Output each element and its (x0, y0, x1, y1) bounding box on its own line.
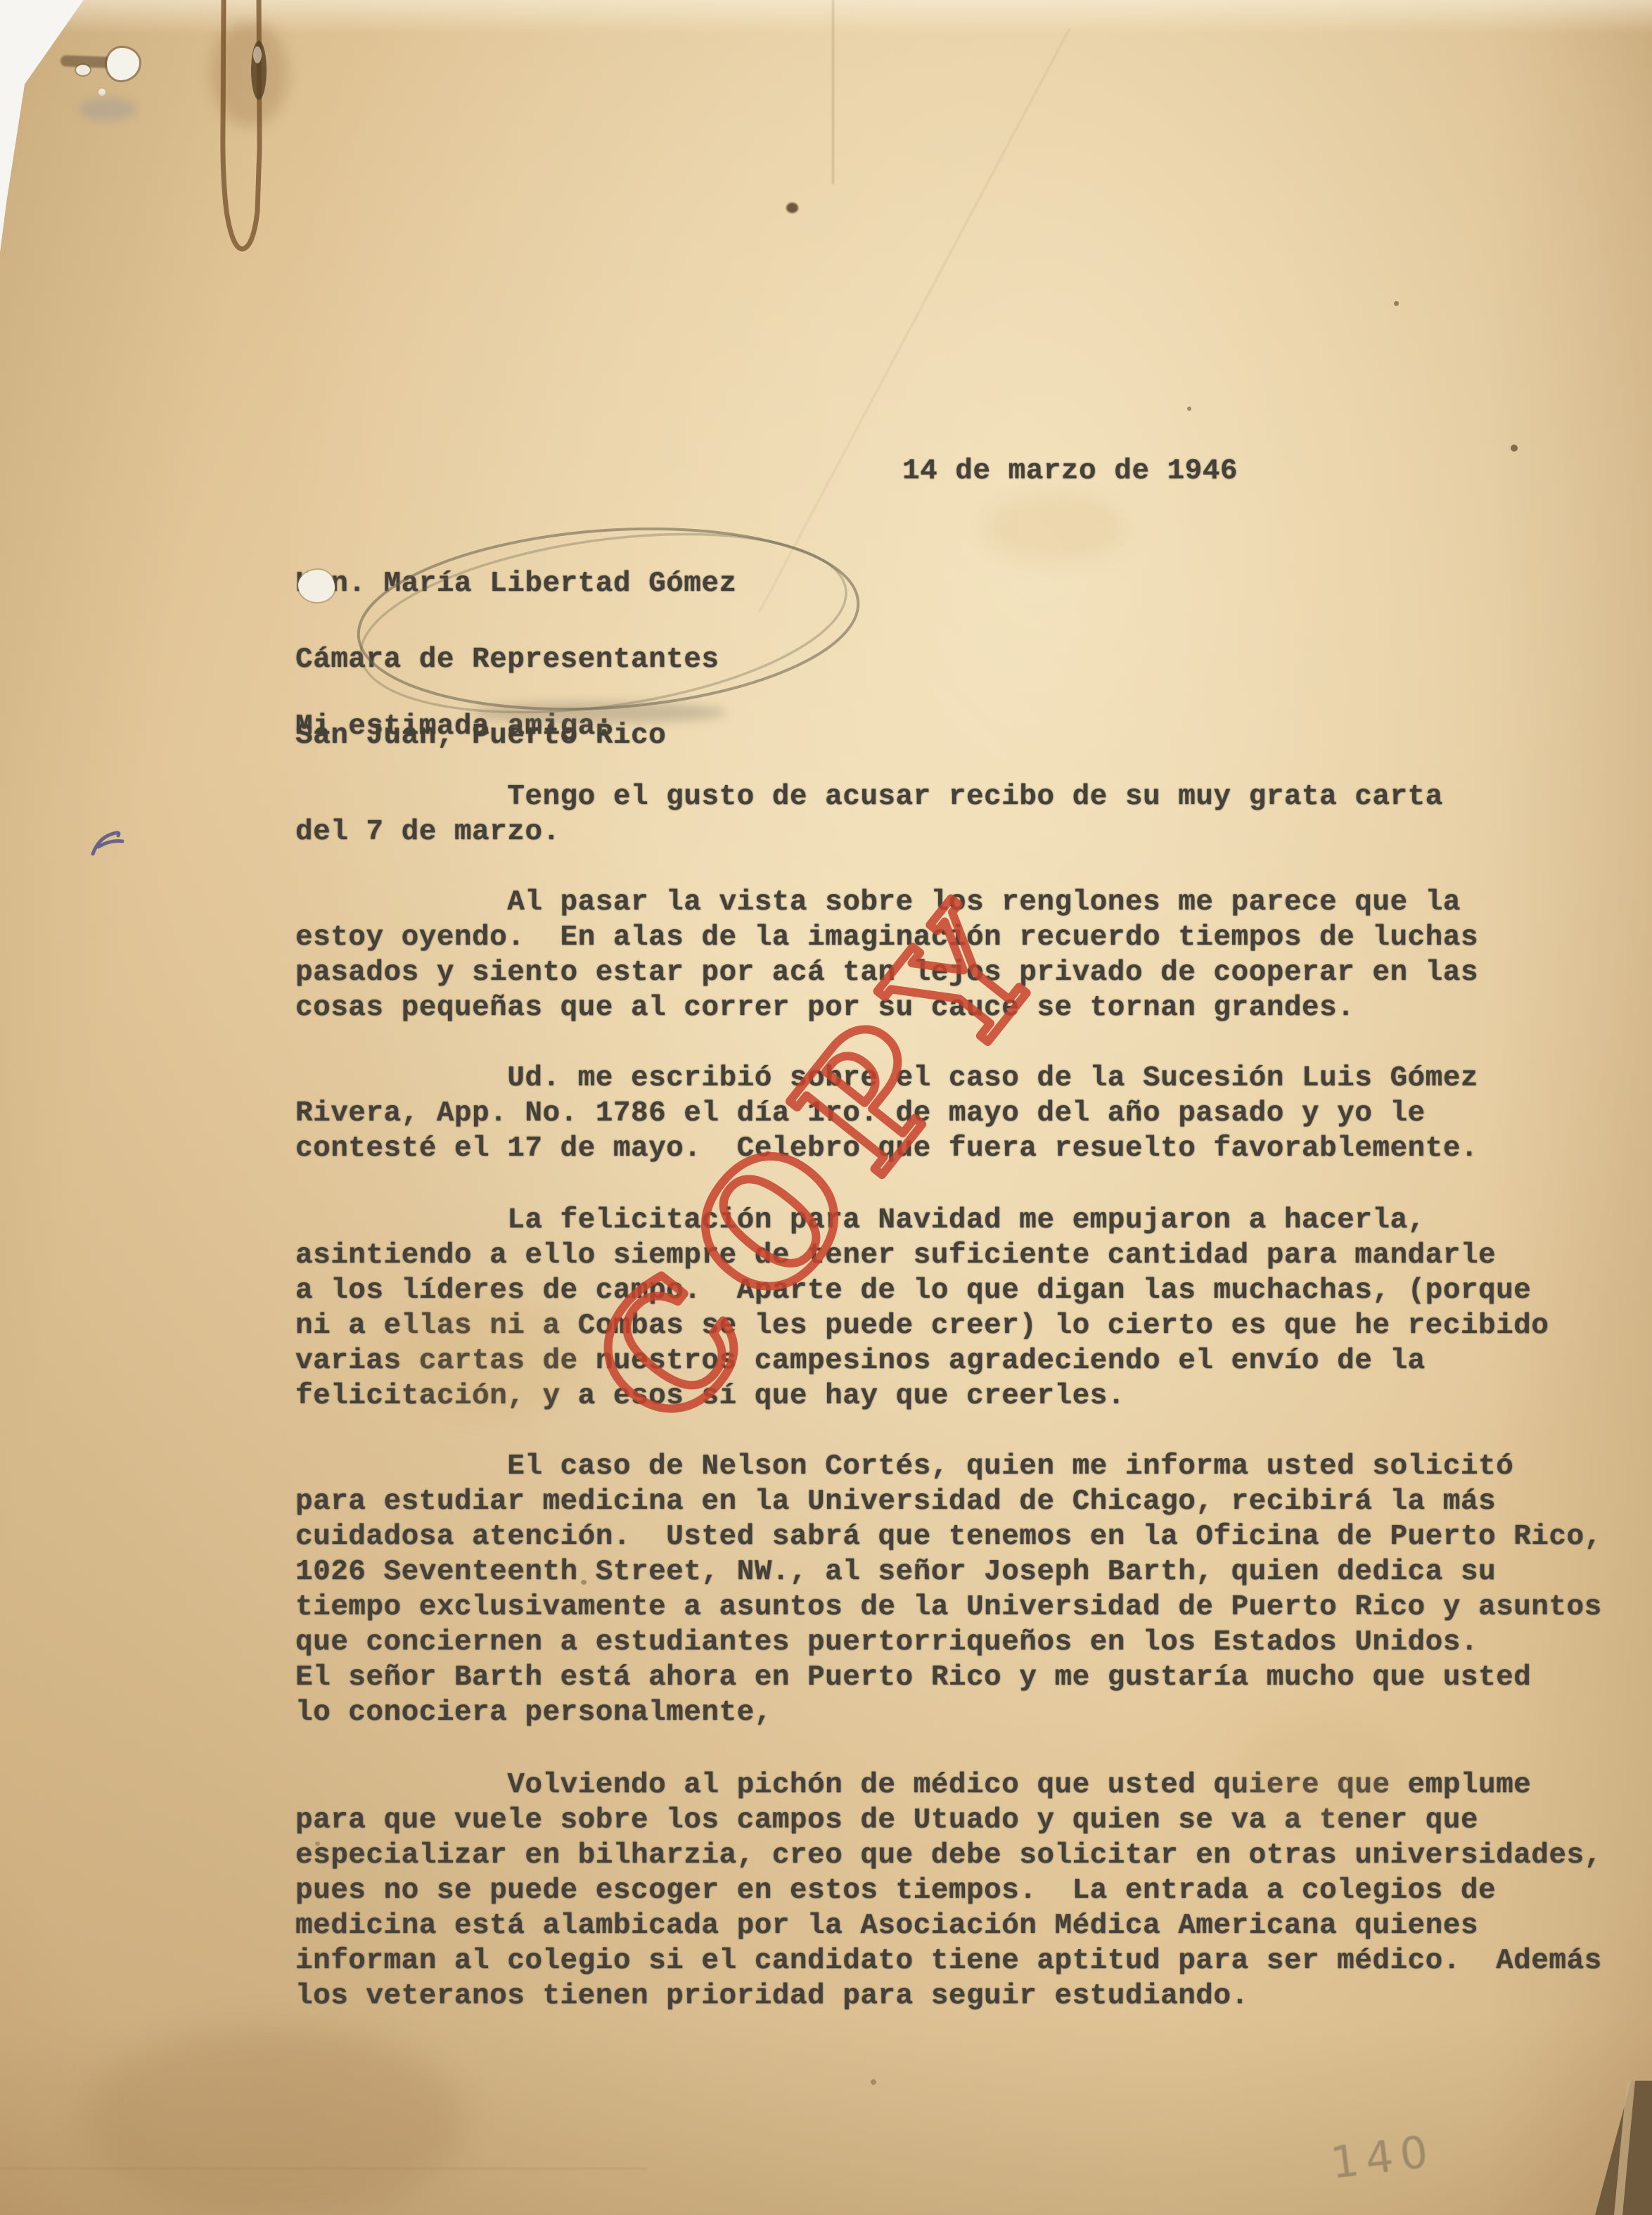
stain (394, 1294, 591, 1414)
stain (84, 2026, 464, 2215)
stain (1238, 1716, 1407, 1822)
hole-punch-damage (98, 89, 105, 96)
pencil-smudge (473, 702, 726, 723)
stain (1511, 445, 1518, 452)
gray-smudge (79, 97, 136, 121)
scanned-letter-page: 14 de marzo de 1946 Hon. María Libertad … (0, 0, 1652, 2215)
hole-punch-damage (76, 65, 90, 75)
stain (1394, 301, 1399, 306)
stain (581, 1580, 587, 1585)
paper-sheet: 14 de marzo de 1946 Hon. María Libertad … (0, 0, 1652, 2215)
paper-crease (832, 0, 834, 184)
stain (1187, 407, 1191, 411)
copy-stamp-text: COPY (556, 857, 1090, 1460)
hole-over-recipient-name (298, 570, 335, 602)
stain (786, 203, 798, 213)
stain (985, 492, 1125, 563)
copy-stamp: COPY (0, 0, 1652, 2215)
stain (871, 2079, 876, 2085)
stain (315, 1841, 320, 1846)
stain (211, 21, 288, 127)
